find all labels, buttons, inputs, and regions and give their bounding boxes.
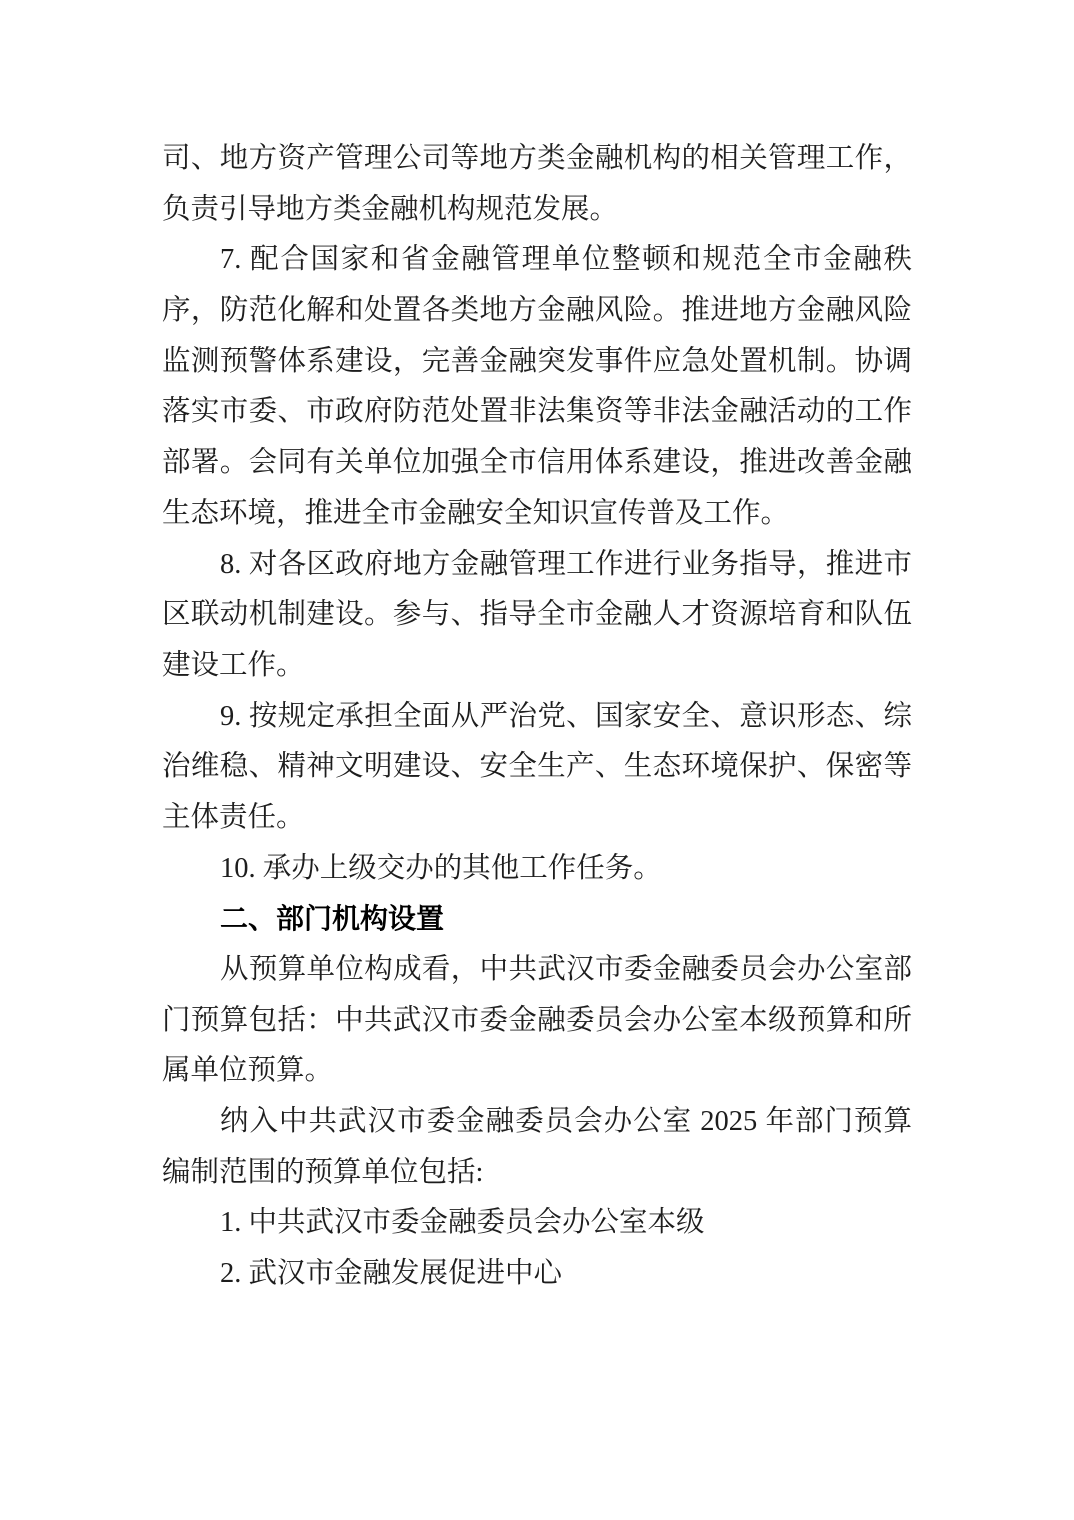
document-line: 纳入中共武汉市委金融委员会办公室 2025 年部门预算: [162, 1097, 912, 1148]
document-line: 从预算单位构成看，中共武汉市委金融委员会办公室部: [162, 945, 912, 996]
document-line: 生态环境，推进全市金融安全知识宣传普及工作。: [162, 489, 912, 540]
document-line: 区联动机制建设。参与、指导全市金融人才资源培育和队伍: [162, 590, 912, 641]
section-heading: 二、部门机构设置: [162, 894, 912, 945]
document-line: 门预算包括：中共武汉市委金融委员会办公室本级预算和所: [162, 996, 912, 1047]
document-line: 10. 承办上级交办的其他工作任务。: [162, 844, 912, 895]
document-text-block: 司、地方资产管理公司等地方类金融机构的相关管理工作， 负责引导地方类金融机构规范…: [162, 134, 912, 1300]
list-item: 1. 中共武汉市委金融委员会办公室本级: [162, 1198, 912, 1249]
document-line: 司、地方资产管理公司等地方类金融机构的相关管理工作，: [162, 134, 912, 185]
document-line: 落实市委、市政府防范处置非法集资等非法金融活动的工作: [162, 387, 912, 438]
document-line: 负责引导地方类金融机构规范发展。: [162, 185, 912, 236]
document-line: 部署。会同有关单位加强全市信用体系建设，推进改善金融: [162, 438, 912, 489]
document-line: 9. 按规定承担全面从严治党、国家安全、意识形态、综: [162, 692, 912, 743]
list-item: 2. 武汉市金融发展促进中心: [162, 1249, 912, 1300]
document-page: 司、地方资产管理公司等地方类金融机构的相关管理工作， 负责引导地方类金融机构规范…: [0, 0, 1074, 1520]
document-line: 编制范围的预算单位包括:: [162, 1148, 912, 1199]
document-line: 7. 配合国家和省金融管理单位整顿和规范全市金融秩: [162, 235, 912, 286]
document-line: 监测预警体系建设，完善金融突发事件应急处置机制。协调: [162, 337, 912, 388]
document-line: 建设工作。: [162, 641, 912, 692]
document-line: 8. 对各区政府地方金融管理工作进行业务指导，推进市: [162, 540, 912, 591]
document-line: 主体责任。: [162, 793, 912, 844]
document-line: 序，防范化解和处置各类地方金融风险。推进地方金融风险: [162, 286, 912, 337]
document-line: 属单位预算。: [162, 1046, 912, 1097]
document-line: 治维稳、精神文明建设、安全生产、生态环境保护、保密等: [162, 742, 912, 793]
